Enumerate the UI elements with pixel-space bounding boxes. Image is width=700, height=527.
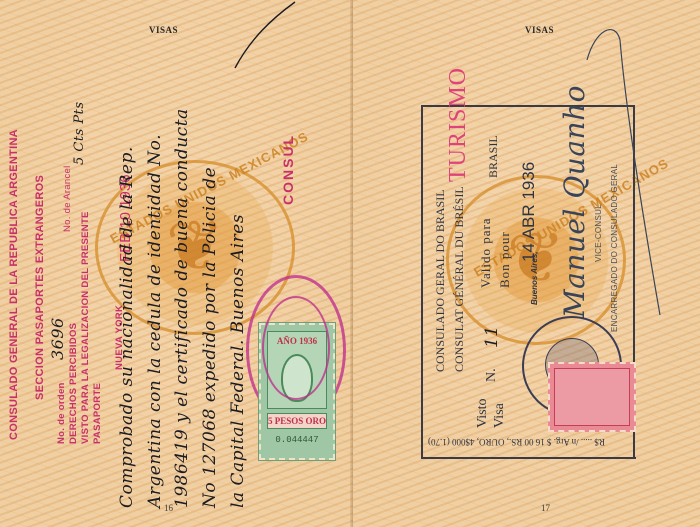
handwriting-line-3: 1986419 y el certificado de buena conduc…	[172, 108, 192, 508]
handwriting-line-5: la Capital Federal. Buenos Aires	[228, 214, 248, 508]
handwriting-line-2: Argentina con la cedula de identidad No.	[145, 134, 165, 508]
valid-for-pt: Valido para	[478, 217, 494, 288]
consulate-line2: SECCION PASAPORTES EXTRANGEROS	[34, 175, 46, 400]
revenue-stamp-value: 5 PESOS ORO	[267, 413, 327, 429]
consulate-name-pt: CONSULADO GERAL DO BRASIL	[433, 189, 448, 372]
page-number: 16	[164, 503, 173, 513]
tariff-value: 5 Cts Pts	[72, 101, 87, 165]
brazil-stamp-design	[554, 368, 630, 426]
revenue-stamp-serial: 0.044447	[261, 435, 333, 445]
page-heading: VISAS	[149, 25, 178, 35]
brazil-consular-stamp	[548, 362, 636, 432]
left-page: VISAS ❦ ESTADOS UNIDOS MEXICANOS CONSULA…	[0, 0, 353, 527]
visa-box-border-bottom	[421, 457, 636, 459]
order-value: 3696	[48, 317, 67, 360]
oval-cancel-inner-ring	[262, 296, 330, 400]
destination: BRASIL	[486, 135, 501, 178]
visa-number: 11	[482, 325, 502, 348]
handwriting-line-1: Comprobado su nacionalidad de la Rep.	[117, 146, 137, 508]
signature-flourish	[585, 20, 665, 320]
tariff-label: No. de Arancel	[62, 165, 73, 232]
visa-box-border-left	[421, 105, 423, 459]
visa-label: Visa	[492, 403, 508, 428]
signature-stroke	[230, 0, 300, 70]
fees-line: DERECHOS PERCIBIDOS	[68, 323, 79, 444]
order-label: No. de orden	[56, 382, 67, 444]
turismo-stamp: TURISMO	[445, 67, 472, 182]
visa-date: 14 ABR 1936	[519, 162, 539, 262]
passport-spread: VISAS ❦ ESTADOS UNIDOS MEXICANOS CONSULA…	[0, 0, 700, 527]
visto-label: Visto	[475, 399, 491, 429]
handwriting-line-4: No 127068 expedido por la Policia de	[200, 167, 220, 508]
consulate-line1: CONSULADO GENERAL DE LA REPUBLICA ARGENT…	[8, 129, 20, 440]
page-heading: VISAS	[525, 25, 554, 35]
consulate-name-fr: CONSULAT GÉNÉRAL DU BRÉSIL	[452, 186, 467, 372]
visa-line: VISTO PARA LA LEGALIZACION DEL PRESENTE	[80, 211, 91, 444]
consul-label: CONSUL	[280, 134, 296, 205]
visa-fee-line: R$ ..... /n Arg. $ 16 00 RS., OURO, 4$00…	[428, 437, 605, 447]
valid-for-fr: Bon pour	[497, 231, 513, 288]
page-number: 17	[541, 503, 550, 513]
number-label: N.	[484, 368, 500, 382]
passport-line: PASAPORTE	[92, 383, 103, 444]
